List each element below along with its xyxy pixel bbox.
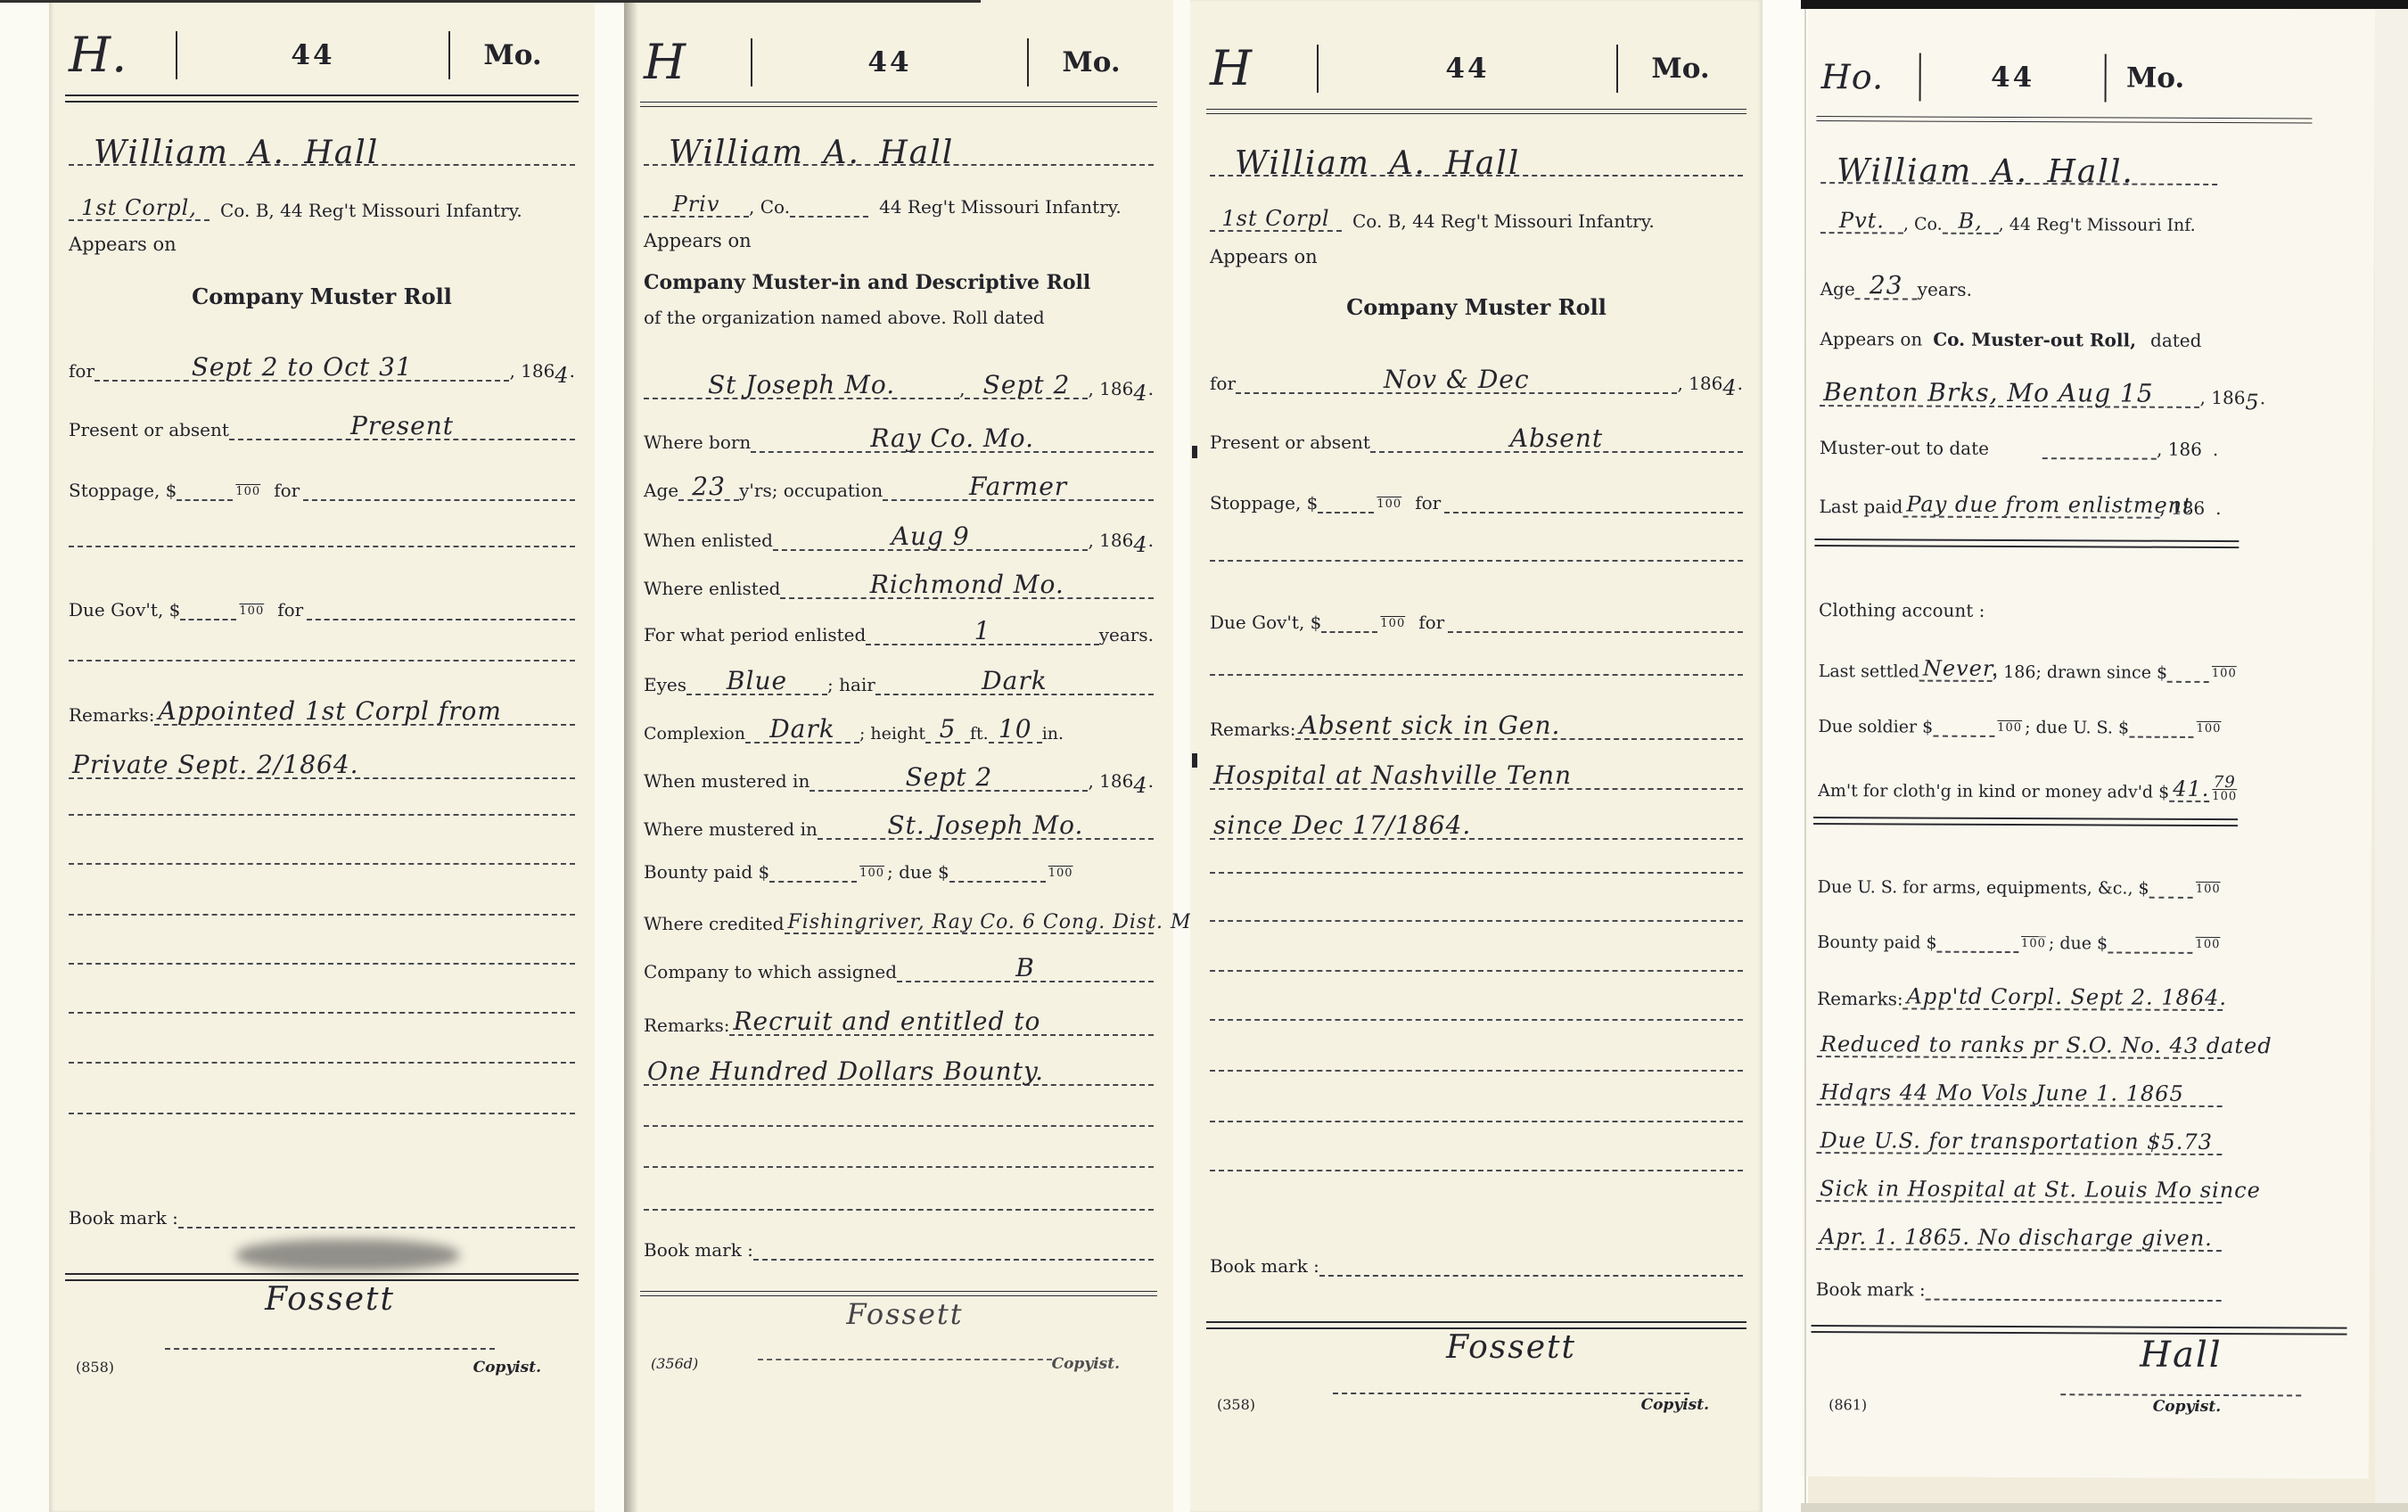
blank-dotted-line bbox=[1210, 560, 1743, 562]
stoppage-line: Stoppage, $ 100 for bbox=[69, 458, 575, 501]
soldier-name: William A. Hall bbox=[644, 137, 954, 169]
when-enlisted-label: When enlisted bbox=[644, 530, 773, 551]
remarks-handwritten: Absent sick in Gen. bbox=[1299, 713, 1560, 738]
signature-line: Hall bbox=[2060, 1336, 2301, 1396]
hair-handwritten: Dark bbox=[982, 669, 1048, 694]
for-word: for bbox=[1418, 612, 1444, 633]
last-paid-line: Last paid Pay due from enlistment , 186 … bbox=[1820, 469, 2225, 519]
blank-dotted-line bbox=[69, 1113, 575, 1114]
occupation-label: y'rs; occupation bbox=[739, 480, 883, 501]
due-govt-label: Due Gov't, $ bbox=[69, 599, 180, 620]
form-number: (356d) bbox=[651, 1355, 698, 1373]
period-handwritten: 1 bbox=[974, 619, 991, 644]
height-in-handwritten: 10 bbox=[999, 717, 1032, 742]
name-line: William A. Hall bbox=[69, 105, 575, 166]
blank-dotted-line bbox=[69, 660, 575, 661]
copyist-label: Copyist. bbox=[1052, 1355, 1120, 1373]
card-footer: (861) Copyist. bbox=[1829, 1396, 2221, 1416]
bounty-due-label: ; due $ bbox=[2049, 933, 2108, 953]
regiment-number: 44 bbox=[177, 39, 448, 71]
for-label: for bbox=[1210, 373, 1236, 394]
due-arms-blank bbox=[2149, 897, 2193, 899]
when-mustered-blank: Sept 2 bbox=[810, 765, 1088, 792]
book-mark-label: Book mark : bbox=[644, 1239, 753, 1261]
roll-title: Company Muster Roll bbox=[69, 283, 575, 309]
cents-denominator: 100 bbox=[2196, 938, 2221, 951]
remarks-line: Due U.S. for transportation $5.73 bbox=[1816, 1109, 2222, 1155]
remarks-line: Remarks: Appointed 1st Corpl from bbox=[69, 674, 575, 726]
blank-dotted-line bbox=[1210, 970, 1743, 972]
period-label: For what period enlisted bbox=[644, 624, 866, 645]
date-handwritten: Sept 2 bbox=[983, 373, 1071, 398]
age-blank: 23 bbox=[1855, 273, 1918, 300]
copyist-signature: Fossett bbox=[846, 1300, 963, 1328]
for-label: for bbox=[69, 360, 95, 382]
remarks-blank: Hdqrs 44 Mo Vols June 1. 1865 bbox=[1817, 1081, 2223, 1107]
right-page-margin bbox=[2375, 0, 2408, 1512]
scan-edge-strip bbox=[0, 0, 981, 3]
remarks-line: Remarks: App'td Corpl. Sept 2. 1864. bbox=[1817, 963, 2223, 1011]
paper-crease bbox=[1804, 0, 1806, 1512]
year-digit-handwritten: 4 bbox=[555, 365, 569, 386]
remarks-handwritten: One Hundred Dollars Bounty. bbox=[647, 1059, 1044, 1084]
eyes-label: Eyes bbox=[644, 674, 686, 695]
period-mark: . bbox=[2215, 497, 2221, 519]
due-govt-label: Due Gov't, $ bbox=[1210, 612, 1321, 633]
period-mark: . bbox=[1148, 378, 1154, 399]
book-mark-label: Book mark : bbox=[69, 1207, 178, 1228]
muster-out-to-date-line: Muster-out to date , 186 . bbox=[1820, 419, 2225, 460]
period-mark: . bbox=[570, 360, 575, 382]
remarks-handwritten: since Dec 17/1864. bbox=[1213, 813, 1471, 838]
cents-fraction: 79 100 bbox=[2212, 775, 2237, 802]
blank-dotted-line bbox=[1210, 1121, 1743, 1122]
occupation-handwritten: Farmer bbox=[969, 474, 1067, 499]
blank-dotted-line bbox=[1210, 872, 1743, 874]
rank-unit-line: 1st Corpl, Co. B, 44 Reg't Missouri Infa… bbox=[69, 175, 575, 221]
company-handwritten: B, bbox=[1959, 210, 1983, 232]
dated-handwritten: Benton Brks, Mo Aug 15 bbox=[1823, 380, 2154, 407]
rank-handwritten: Priv bbox=[673, 193, 720, 215]
book-mark-line: Book mark : bbox=[69, 1193, 575, 1228]
clothing-amount-blank: 41. bbox=[2169, 778, 2209, 802]
remarks-blank: One Hundred Dollars Bounty. bbox=[644, 1059, 1154, 1086]
last-settled-label: Last settled bbox=[1819, 661, 1919, 681]
card-footer: (858) Copyist. bbox=[76, 1359, 541, 1376]
date-blank: Sept 2 bbox=[965, 373, 1088, 399]
height-label: ; height bbox=[859, 724, 925, 744]
period-handwritten: Sept 2 to Oct 31 bbox=[192, 355, 413, 380]
hair-blank: Dark bbox=[875, 669, 1154, 695]
rank-blank: 1st Corpl, bbox=[69, 197, 210, 221]
dated-blank: Benton Brks, Mo Aug 15 bbox=[1820, 380, 2200, 408]
due-arms-label: Due U. S. for arms, equipments, &c., $ bbox=[1818, 877, 2149, 899]
amount-handwritten: 41. bbox=[2173, 778, 2209, 800]
where-born-line: Where born Ray Co. Mo. bbox=[644, 408, 1154, 453]
for-word: for bbox=[274, 480, 300, 501]
period-blank: Sept 2 to Oct 31 bbox=[95, 355, 509, 382]
double-rule bbox=[1816, 116, 2312, 123]
bounty-paid-blank bbox=[769, 881, 857, 883]
remarks-line: Hdqrs 44 Mo Vols June 1. 1865 bbox=[1817, 1061, 2223, 1107]
cents-numerator-handwritten: 79 bbox=[2214, 775, 2236, 791]
height-ft-handwritten: 5 bbox=[940, 717, 957, 742]
card-header: H. 44 Mo. bbox=[69, 18, 575, 93]
scan-shadow-streak bbox=[624, 0, 638, 1512]
drawn-since-label: ; drawn since $ bbox=[2035, 662, 2167, 683]
when-enlisted-blank: Aug 9 bbox=[773, 524, 1089, 551]
appears-on-roll-line: Appears on Co. Muster-out Roll, dated bbox=[1820, 310, 2225, 351]
eyes-blank: Blue bbox=[686, 669, 827, 695]
where-credited-blank: Fishingriver, Ray Co. 6 Cong. Dist. Mo. bbox=[785, 911, 1155, 934]
remarks-line: One Hundred Dollars Bounty. bbox=[644, 1036, 1154, 1086]
year-prefix: , 186 bbox=[2200, 387, 2246, 408]
due-soldier-line: Due soldier $ 100 ; due U. S. $ 100 bbox=[1818, 695, 2223, 738]
bounty-paid-blank bbox=[1937, 951, 2019, 953]
remarks-handwritten: Apr. 1. 1865. No discharge given. bbox=[1820, 1226, 2213, 1249]
left-page-margin bbox=[0, 0, 49, 1512]
book-mark-line: Book mark : bbox=[644, 1228, 1154, 1261]
unit-printed-pre: , Co. bbox=[1903, 214, 1943, 234]
for-word: for bbox=[277, 599, 303, 620]
rank-blank: Pvt. bbox=[1820, 210, 1903, 234]
signature-line: Fossett bbox=[758, 1300, 1052, 1360]
remarks-blank: Due U.S. for transportation $5.73 bbox=[1816, 1130, 2222, 1155]
bounty-line: Bounty paid $ 100 ; due $ 100 bbox=[644, 842, 1154, 883]
cents-denominator: 100 bbox=[1997, 721, 2022, 735]
when-enlisted-handwritten: Aug 9 bbox=[892, 524, 970, 549]
year-prefix: , 186 bbox=[1088, 378, 1133, 399]
filing-letter: H bbox=[1210, 45, 1317, 93]
roll-subtitle: of the organization named above. Roll da… bbox=[644, 307, 1154, 328]
remarks-label: Remarks: bbox=[69, 704, 154, 726]
year-prefix: , 186 bbox=[1993, 662, 2035, 682]
last-paid-label: Last paid bbox=[1820, 496, 1903, 517]
roll-title: Company Muster-in and Descriptive Roll bbox=[644, 271, 1154, 294]
due-govt-amount-blank bbox=[180, 619, 236, 620]
filing-letter: Ho. bbox=[1821, 60, 1919, 94]
name-line: William A. Hall bbox=[644, 107, 1154, 166]
age-label: Age bbox=[644, 480, 678, 501]
where-enlisted-handwritten: Richmond Mo. bbox=[870, 572, 1064, 597]
where-born-label: Where born bbox=[644, 431, 751, 453]
height-in-blank: 10 bbox=[989, 717, 1042, 744]
unit-printed-post: , 44 Reg't Missouri Inf. bbox=[1999, 215, 2196, 235]
blank-dotted-line bbox=[644, 1166, 1154, 1168]
card-gap bbox=[595, 0, 624, 1512]
period-mark: . bbox=[2213, 439, 2218, 460]
where-credited-line: Where credited Fishingriver, Ray Co. 6 C… bbox=[644, 890, 1154, 934]
last-paid-handwritten: Pay due from enlistment bbox=[1906, 493, 2192, 515]
period-blank: 1 bbox=[866, 619, 1098, 645]
blank-dotted-line bbox=[69, 1062, 575, 1064]
remarks-handwritten: Due U.S. for transportation $5.73 bbox=[1820, 1130, 2213, 1153]
blank-dotted-line bbox=[69, 863, 575, 865]
unit-printed: Co. B, 44 Reg't Missouri Infantry. bbox=[1352, 210, 1655, 232]
bounty-due-blank bbox=[2108, 951, 2192, 953]
due-govt-amount-blank bbox=[1321, 631, 1377, 633]
bounty-due-blank bbox=[949, 881, 1046, 883]
stoppage-reason-blank bbox=[1444, 512, 1743, 514]
filing-letter: H bbox=[644, 38, 751, 86]
years-label: years. bbox=[1918, 279, 1972, 300]
remarks-blank: Apr. 1. 1865. No discharge given. bbox=[1816, 1226, 2222, 1252]
muster-out-date-blank bbox=[2042, 457, 2157, 460]
print-fragment bbox=[1192, 753, 1197, 768]
scan-edge-strip bbox=[1801, 0, 2408, 9]
where-mustered-line: Where mustered in St. Joseph Mo. bbox=[644, 793, 1154, 840]
last-paid-blank: Pay due from enlistment bbox=[1903, 493, 2159, 518]
double-rule bbox=[640, 1291, 1157, 1296]
blank-dotted-line bbox=[644, 1209, 1154, 1211]
present-handwritten: Absent bbox=[1510, 426, 1603, 451]
remarks-blank: App'td Corpl. Sept 2. 1864. bbox=[1903, 985, 2223, 1011]
where-enlisted-line: Where enlisted Richmond Mo. bbox=[644, 553, 1154, 599]
roll-dated-line: Benton Brks, Mo Aug 15 , 186 5 . bbox=[1820, 357, 2265, 408]
where-enlisted-blank: Richmond Mo. bbox=[780, 572, 1154, 599]
regiment-number: 44 bbox=[752, 46, 1027, 78]
book-mark-blank bbox=[1319, 1275, 1743, 1277]
unit-printed: Co. B, 44 Reg't Missouri Infantry. bbox=[220, 200, 522, 221]
period-mark: . bbox=[1148, 530, 1154, 551]
name-line: William A. Hall bbox=[1210, 116, 1743, 177]
age-occupation-line: Age 23 y'rs; occupation Farmer bbox=[644, 456, 1154, 501]
years-label: years. bbox=[1099, 624, 1154, 645]
regiment-number: 44 bbox=[1921, 62, 2105, 94]
last-settled-blank: Never. bbox=[1919, 658, 1993, 682]
eyes-hair-line: Eyes Blue ; hair Dark bbox=[644, 649, 1154, 695]
remarks-handwritten: Reduced to ranks pr S.O. No. 43 dated bbox=[1820, 1033, 2272, 1056]
company-assigned-blank: B bbox=[897, 956, 1154, 982]
clothing-amount-line: Am't for cloth'g in kind or money adv'd … bbox=[1818, 749, 2237, 802]
hair-label: ; hair bbox=[827, 674, 875, 695]
stoppage-label: Stoppage, $ bbox=[1210, 492, 1318, 514]
year-prefix: , 186 bbox=[2157, 439, 2202, 460]
rank-blank: 1st Corpl bbox=[1210, 208, 1342, 232]
appears-on-label: Appears on bbox=[1210, 246, 1318, 267]
remarks-label: Remarks: bbox=[1817, 988, 1903, 1009]
soldier-name: William A. Hall bbox=[69, 137, 379, 169]
height-ft-blank: 5 bbox=[925, 717, 970, 744]
bounty-line: Bounty paid $ 100 ; due $ 100 bbox=[1817, 911, 2223, 954]
company-blank bbox=[790, 216, 868, 218]
in-label: in. bbox=[1042, 724, 1064, 744]
year-prefix: , 186 bbox=[1088, 770, 1133, 792]
remarks-handwritten: App'td Corpl. Sept 2. 1864. bbox=[1907, 985, 2227, 1008]
appears-on-label: Appears on bbox=[1820, 328, 1922, 350]
card-gap bbox=[1763, 0, 1808, 1512]
cents-denominator: 100 bbox=[2021, 937, 2046, 950]
complexion-blank: Dark bbox=[745, 717, 859, 744]
cents-denominator: 100 bbox=[235, 485, 260, 498]
blank-dotted-line bbox=[69, 914, 575, 916]
ink-smudge bbox=[236, 1239, 459, 1271]
cents-denominator: 100 bbox=[2196, 883, 2221, 896]
bounty-paid-label: Bounty paid $ bbox=[1817, 933, 1936, 953]
company-handwritten: B bbox=[1015, 956, 1035, 981]
company-blank: B, bbox=[1943, 210, 1999, 234]
remarks-line: since Dec 17/1864. bbox=[1210, 792, 1743, 840]
complexion-handwritten: Dark bbox=[769, 717, 835, 742]
rank-blank: Priv bbox=[644, 193, 749, 218]
period-handwritten: Nov & Dec bbox=[1384, 367, 1530, 392]
clothing-account-heading: Clothing account : bbox=[1819, 585, 2224, 622]
remarks-handwritten: Hdqrs 44 Mo Vols June 1. 1865 bbox=[1820, 1081, 2184, 1105]
remarks-line: Remarks: Recruit and entitled to bbox=[644, 986, 1154, 1036]
muster-roll-card-nov-dec: H 44 Mo. William A. Hall 1st Corpl Co. B… bbox=[1190, 0, 1763, 1512]
muster-roll-card-sept-oct: H. 44 Mo. William A. Hall 1st Corpl, Co.… bbox=[49, 0, 595, 1512]
stoppage-reason-blank bbox=[303, 499, 575, 501]
present-label: Present or absent bbox=[1210, 431, 1370, 453]
copyist-label: Copyist. bbox=[473, 1359, 541, 1376]
double-rule bbox=[65, 1273, 579, 1281]
state-abbreviation: Mo. bbox=[2107, 62, 2205, 94]
year-prefix: , 186 bbox=[1677, 373, 1722, 394]
for-word: for bbox=[1415, 492, 1441, 514]
present-blank: Present bbox=[229, 414, 575, 440]
remarks-blank: Appointed 1st Corpl from bbox=[154, 699, 575, 726]
year-prefix: , 186 bbox=[1088, 530, 1133, 551]
where-born-handwritten: Ray Co. Mo. bbox=[870, 426, 1034, 451]
remarks-blank: Sick in Hospital at St. Louis Mo since bbox=[1816, 1178, 2222, 1204]
roll-period-line: for Nov & Dec , 186 4 . bbox=[1210, 344, 1743, 394]
due-soldier-blank bbox=[1933, 735, 1994, 737]
soldier-name: William A. Hall. bbox=[1820, 155, 2134, 189]
due-soldier-label: Due soldier $ bbox=[1818, 717, 1933, 737]
age-label: Age bbox=[1820, 278, 1855, 300]
present-blank: Absent bbox=[1370, 426, 1743, 453]
where-enlisted-label: Where enlisted bbox=[644, 578, 780, 599]
rank-unit-line: Pvt. , Co. B, , 44 Reg't Missouri Inf. bbox=[1820, 191, 2226, 235]
unit-printed-post: 44 Reg't Missouri Infantry. bbox=[879, 196, 1122, 218]
double-rule bbox=[1814, 538, 2239, 548]
card-header: Ho. 44 Mo. bbox=[1820, 41, 2204, 114]
state-abbreviation: Mo. bbox=[1618, 53, 1743, 85]
muster-out-to-date-label: Muster-out to date bbox=[1820, 437, 1989, 459]
where-credited-handwritten: Fishingriver, Ray Co. 6 Cong. Dist. Mo. bbox=[788, 913, 1212, 933]
due-govt-line: Due Gov't, $ 100 for bbox=[1210, 590, 1743, 633]
place-blank: St Joseph Mo. bbox=[644, 373, 959, 399]
copyist-signature: Fossett bbox=[265, 1284, 395, 1316]
roll-dated-line: St Joseph Mo. , Sept 2 , 186 4 . bbox=[644, 349, 1154, 399]
blank-dotted-line bbox=[1210, 1019, 1743, 1021]
remarks-blank: Recruit and entitled to bbox=[729, 1009, 1154, 1036]
cents-denominator: 100 bbox=[2197, 722, 2222, 735]
signature-line: Fossett bbox=[1333, 1332, 1689, 1394]
rank-handwritten: Pvt. bbox=[1839, 210, 1885, 231]
present-handwritten: Present bbox=[350, 414, 454, 439]
drawn-since-blank bbox=[2167, 681, 2209, 683]
copyist-signature: Fossett bbox=[1446, 1332, 1576, 1364]
clothing-account-label: Clothing account : bbox=[1819, 599, 1985, 621]
card-header: H 44 Mo. bbox=[1210, 30, 1743, 107]
year-digit-handwritten: 4 bbox=[1722, 377, 1737, 399]
period-mark: . bbox=[1738, 373, 1743, 394]
where-mustered-handwritten: St. Joseph Mo. bbox=[887, 813, 1083, 838]
copyist-label: Copyist. bbox=[2153, 1398, 2222, 1416]
copyist-label: Copyist. bbox=[1641, 1396, 1709, 1414]
muster-out-roll-title: Co. Muster-out Roll, bbox=[1933, 329, 2136, 351]
remarks-line: Sick in Hospital at St. Louis Mo since bbox=[1816, 1157, 2222, 1204]
remarks-handwritten: Appointed 1st Corpl from bbox=[158, 699, 502, 724]
muster-roll-cards-scan: H. 44 Mo. William A. Hall 1st Corpl, Co.… bbox=[0, 0, 2408, 1512]
card-footer: (356d) Copyist. bbox=[651, 1355, 1120, 1373]
cents-denominator: 100 bbox=[239, 604, 264, 618]
rank-handwritten: 1st Corpl, bbox=[81, 197, 197, 218]
cents-denominator: 100 bbox=[859, 867, 884, 880]
state-abbreviation: Mo. bbox=[450, 39, 575, 71]
remarks-handwritten: Private Sept. 2/1864. bbox=[72, 752, 359, 777]
rank-handwritten: 1st Corpl bbox=[1221, 208, 1329, 229]
cents-denominator: 100 bbox=[1048, 867, 1073, 880]
present-absent-line: Present or absent Present bbox=[69, 396, 575, 440]
signature-line: Fossett bbox=[165, 1284, 495, 1350]
period-mark: . bbox=[2260, 387, 2265, 408]
filing-letter: H. bbox=[69, 31, 176, 79]
period-mark: . bbox=[1148, 770, 1154, 792]
bounty-paid-label: Bounty paid $ bbox=[644, 861, 769, 883]
remarks-blank: Private Sept. 2/1864. bbox=[69, 752, 575, 779]
present-absent-line: Present or absent Absent bbox=[1210, 408, 1743, 453]
double-rule bbox=[1206, 1321, 1746, 1329]
remarks-handwritten: Sick in Hospital at St. Louis Mo since bbox=[1820, 1178, 2261, 1201]
bounty-due-label: ; due $ bbox=[887, 861, 949, 883]
remarks-line: Hospital at Nashville Tenn bbox=[1210, 742, 1743, 790]
print-fragment bbox=[1192, 446, 1197, 458]
blank-dotted-line bbox=[69, 1012, 575, 1014]
complexion-label: Complexion bbox=[644, 724, 745, 744]
due-us-label: ; due U. S. $ bbox=[2025, 718, 2129, 738]
form-number: (358) bbox=[1217, 1396, 1255, 1414]
blank-dotted-line bbox=[1210, 920, 1743, 922]
appears-on-label: Appears on bbox=[69, 234, 177, 255]
occupation-blank: Farmer bbox=[883, 474, 1154, 501]
complexion-height-line: Complexion Dark ; height 5 ft. 10 in. bbox=[644, 697, 1154, 744]
clothing-amount-label: Am't for cloth'g in kind or money adv'd … bbox=[1818, 781, 2169, 802]
period-blank: Nov & Dec bbox=[1236, 367, 1677, 394]
cents-denominator: 100 bbox=[1377, 497, 1401, 511]
age-handwritten: 23 bbox=[692, 474, 726, 499]
book-mark-line: Book mark : bbox=[1210, 1241, 1743, 1277]
blank-dotted-line bbox=[1210, 1070, 1743, 1072]
year-digit-handwritten: 5 bbox=[2245, 391, 2259, 413]
when-mustered-line: When mustered in Sept 2 , 186 4 . bbox=[644, 745, 1154, 792]
when-mustered-handwritten: Sept 2 bbox=[906, 765, 993, 790]
muster-in-descriptive-roll-card: H 44 Mo. William A. Hall Priv , Co. 44 R… bbox=[624, 0, 1173, 1512]
ft-label: ft. bbox=[970, 724, 989, 744]
book-mark-label: Book mark : bbox=[1816, 1278, 1926, 1301]
stoppage-label: Stoppage, $ bbox=[69, 480, 177, 501]
cents-denominator: 100 bbox=[2212, 791, 2237, 802]
remarks-line: Reduced to ranks pr S.O. No. 43 dated bbox=[1817, 1013, 2223, 1059]
due-govt-reason-blank bbox=[1448, 631, 1743, 633]
remarks-blank: Reduced to ranks pr S.O. No. 43 dated bbox=[1817, 1033, 2223, 1059]
unit-printed-pre: , Co. bbox=[749, 196, 790, 218]
rank-unit-line: 1st Corpl Co. B, 44 Reg't Missouri Infan… bbox=[1210, 185, 1743, 232]
when-enlisted-line: When enlisted Aug 9 , 186 4 . bbox=[644, 505, 1154, 551]
due-arms-line: Due U. S. for arms, equipments, &c., $ 1… bbox=[1818, 856, 2223, 899]
stoppage-amount-blank bbox=[1318, 512, 1374, 514]
appears-on-label: Appears on bbox=[644, 230, 752, 251]
roll-title: Company Muster Roll bbox=[1210, 294, 1743, 320]
last-settled-line: Last settled Never. , 186 ; drawn since … bbox=[1819, 635, 2240, 683]
cents-denominator: 100 bbox=[1380, 617, 1405, 630]
blank-dotted-line bbox=[69, 814, 575, 816]
rank-unit-line: Priv , Co. 44 Reg't Missouri Infantry. bbox=[644, 173, 1154, 218]
age-handwritten: 23 bbox=[1870, 273, 1903, 298]
remarks-line: Apr. 1. 1865. No discharge given. bbox=[1816, 1205, 2222, 1252]
year-digit-handwritten: 4 bbox=[1133, 382, 1147, 404]
